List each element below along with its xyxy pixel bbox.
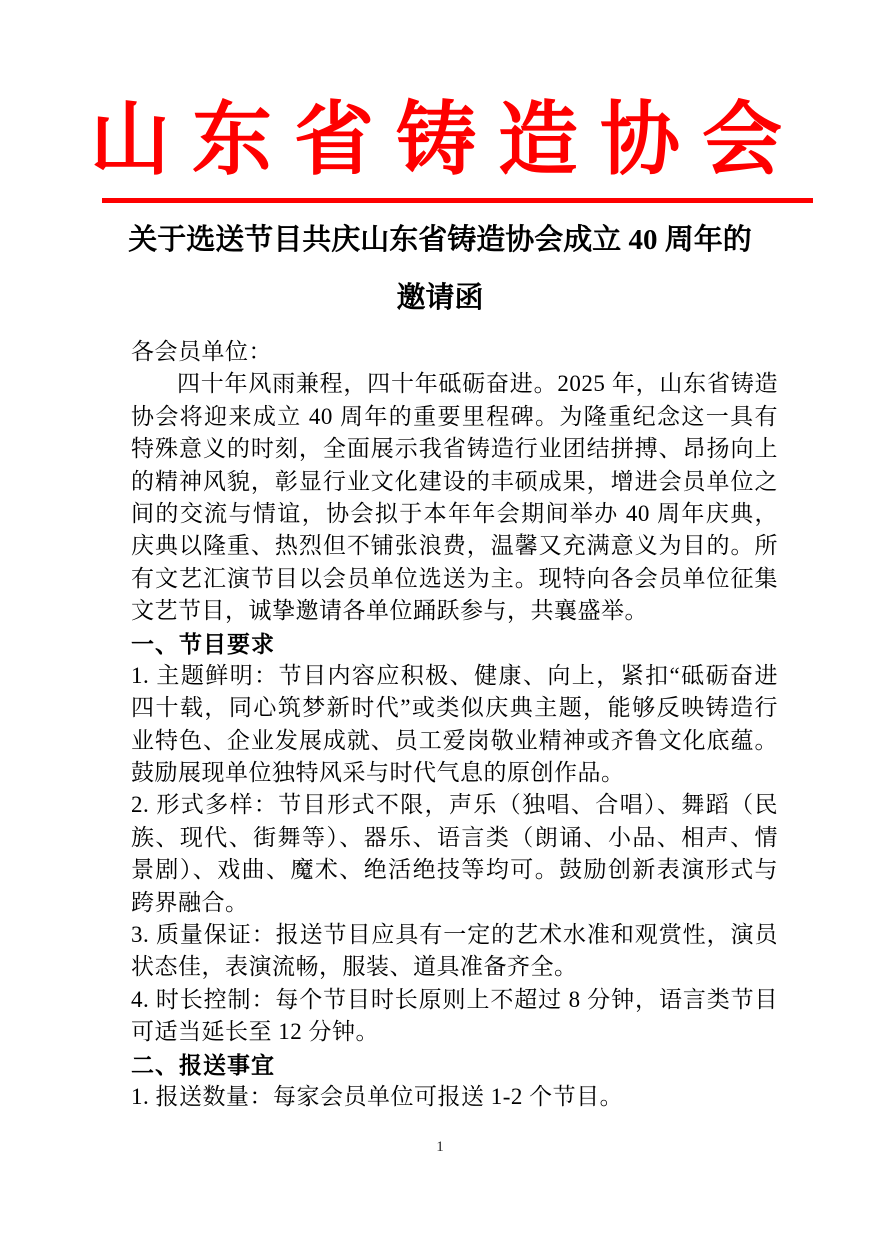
list-item-line: 状态佳，表演流畅，服装、道具准备齐全。	[131, 951, 778, 983]
list-item-line: 族、现代、街舞等）、器乐、语言类（朗诵、小品、相声、情	[131, 822, 778, 854]
body-line: 间的交流与情谊，协会拟于本年年会期间举办 40 周年庆典，	[131, 498, 778, 530]
document-title: 关于选送节目共庆山东省铸造协会成立 40 周年的 邀请函	[60, 211, 820, 327]
letterhead-rule	[102, 198, 813, 203]
list-item-line: 跨界融合。	[131, 887, 778, 919]
body-line: 的精神风貌，彰显行业文化建设的丰硕成果，增进会员单位之	[131, 466, 778, 498]
list-item-line: 3. 质量保证：报送节目应具有一定的艺术水准和观赏性，演员	[131, 919, 778, 951]
list-item-line: 鼓励展现单位独特风采与时代气息的原创作品。	[131, 757, 778, 789]
document-page: 山东省铸造协会 关于选送节目共庆山东省铸造协会成立 40 周年的 邀请函 各会员…	[0, 0, 880, 1245]
document-body: 各会员单位： 四十年风雨兼程，四十年砥砺奋进。2025 年，山东省铸造 协会将迎…	[131, 336, 778, 1113]
list-item-line: 业特色、企业发展成就、员工爱岗敬业精神或齐鲁文化底蕴。	[131, 725, 778, 757]
document-title-line1: 关于选送节目共庆山东省铸造协会成立 40 周年的	[60, 211, 820, 269]
list-item-line: 4. 时长控制：每个节目时长原则上不超过 8 分钟，语言类节目	[131, 984, 778, 1016]
list-item-line: 2. 形式多样：节目形式不限，声乐（独唱、合唱）、舞蹈（民	[131, 789, 778, 821]
body-line: 有文艺汇演节目以会员单位选送为主。现特向各会员单位征集	[131, 563, 778, 595]
salutation: 各会员单位：	[131, 336, 778, 368]
list-item-line: 四十载，同心筑梦新时代”或类似庆典主题，能够反映铸造行	[131, 692, 778, 724]
section-2-heading: 二、报送事宜	[131, 1049, 778, 1081]
list-item-line: 1. 报送数量：每家会员单位可报送 1-2 个节目。	[131, 1081, 778, 1113]
body-line: 四十年风雨兼程，四十年砥砺奋进。2025 年，山东省铸造	[131, 368, 778, 400]
body-line: 庆典以隆重、热烈但不铺张浪费，温馨又充满意义为目的。所	[131, 530, 778, 562]
body-line: 特殊意义的时刻，全面展示我省铸造行业团结拼搏、昂扬向上	[131, 433, 778, 465]
letterhead-title: 山东省铸造协会	[0, 96, 880, 186]
body-line: 文艺节目，诚挚邀请各单位踊跃参与，共襄盛举。	[131, 595, 778, 627]
document-title-line2: 邀请函	[60, 269, 820, 327]
page-number: 1	[0, 1137, 880, 1157]
body-line: 协会将迎来成立 40 周年的重要里程碑。为隆重纪念这一具有	[131, 401, 778, 433]
section-1-heading: 一、节目要求	[131, 628, 778, 660]
list-item-line: 1. 主题鲜明：节目内容应积极、健康、向上，紧扣“砥砺奋进	[131, 660, 778, 692]
list-item-line: 景剧）、戏曲、魔术、绝活绝技等均可。鼓励创新表演形式与	[131, 854, 778, 886]
list-item-line: 可适当延长至 12 分钟。	[131, 1016, 778, 1048]
